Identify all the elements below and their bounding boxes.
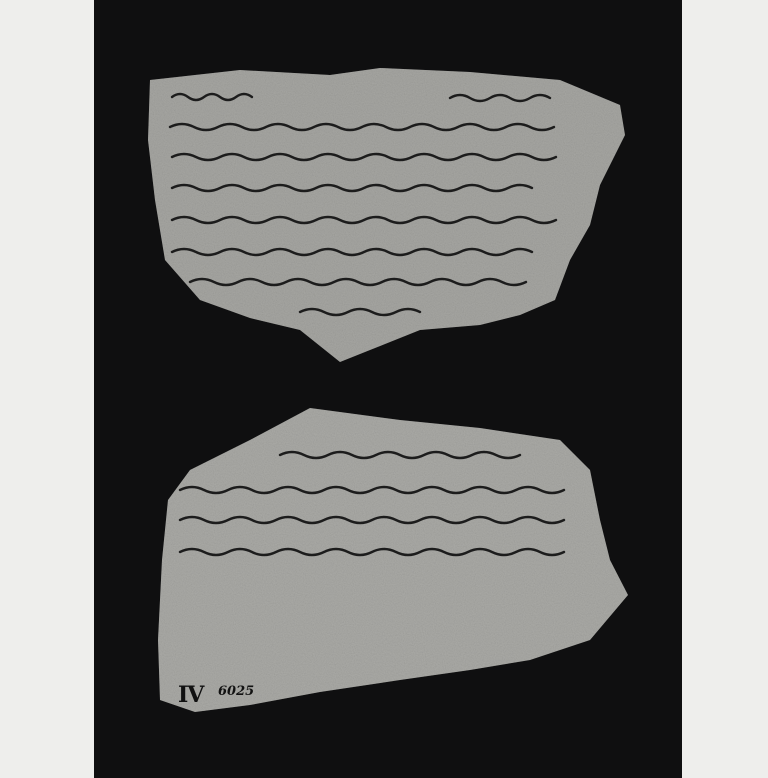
plate-numeral: IV: [178, 682, 203, 708]
upper-fragment: [148, 68, 625, 362]
plate-number: 6025: [218, 684, 254, 699]
lower-fragment: [158, 408, 628, 712]
ostraca-fragments: [0, 0, 768, 778]
